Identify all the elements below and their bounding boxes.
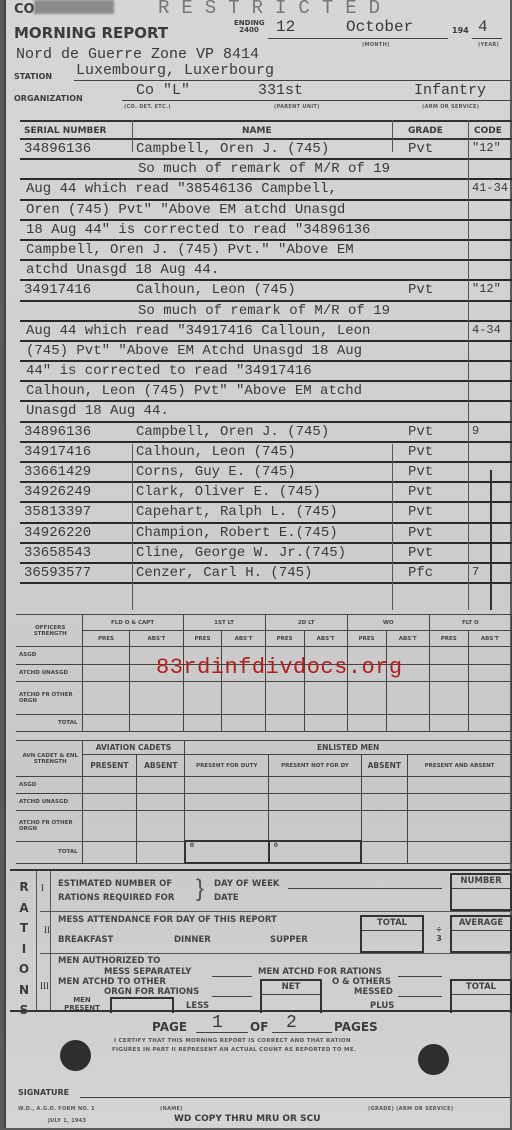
pages-label: PAGES	[334, 1020, 378, 1034]
officer-subcol-header: ABS'T	[386, 631, 429, 647]
rations-letter: N	[17, 980, 31, 1001]
rations-total-box[interactable]: TOTAL	[450, 979, 512, 1013]
plus-label: PLUS	[370, 1001, 394, 1011]
enlisted-col-header: ABSENT	[361, 755, 407, 777]
name-remark: 18 Aug 44" is corrected to read "3489613…	[26, 222, 370, 238]
officer-cell[interactable]	[386, 714, 429, 732]
officer-subcol-header: PRES	[429, 631, 468, 647]
roster-header: SERIAL NUMBER NAME GRADE CODE	[20, 120, 512, 140]
name-remark: Clark, Oliver E. (745)	[136, 484, 321, 500]
name-remark: (745) Pvt" "Above EM Atchd Unasgd 18 Aug	[26, 343, 362, 359]
rations-letter: A	[17, 898, 31, 919]
estimated-rations-label-2: RATIONS REQUIRED FOR	[58, 893, 174, 903]
grade: Pvt	[408, 504, 433, 520]
section-divider	[40, 953, 510, 954]
officer-group-header: FLT O	[429, 615, 511, 631]
enlisted-col-header: PRESENT	[82, 755, 137, 777]
officer-subcol-header: PRES	[347, 631, 386, 647]
grade: Pvt	[408, 525, 433, 541]
year-caption: (YEAR)	[478, 42, 499, 48]
roster-line: 34896136Campbell, Oren J. (745)Pvt9	[20, 423, 512, 443]
rations-letter: I	[17, 939, 31, 960]
serial-number: 35813397	[24, 504, 91, 520]
grade: Pfc	[408, 565, 433, 581]
name-remark: So much of remark of M/R of 19	[138, 303, 390, 319]
name-remark: Campbell, Oren J. (745)	[136, 141, 329, 157]
page-underline	[196, 1032, 248, 1033]
section-iii-numeral: III	[40, 981, 49, 991]
enlisted-cell[interactable]	[185, 793, 269, 810]
net-box[interactable]: NET	[260, 979, 322, 1013]
enlisted-cell[interactable]	[185, 810, 269, 841]
grade: Pvt	[408, 545, 433, 561]
roster-line: 34926220Champion, Robert E.(745)Pvt	[20, 524, 512, 544]
pages-underline	[272, 1032, 332, 1033]
serial-number: 34896136	[24, 424, 91, 440]
officer-row-label: TOTAL	[16, 714, 82, 732]
officer-cell[interactable]	[468, 647, 511, 665]
grade: Pvt	[408, 424, 433, 440]
officer-cell[interactable]	[429, 647, 468, 665]
name-remark: Corns, Guy E. (745)	[136, 464, 296, 480]
code: "12"	[472, 141, 501, 155]
rations-section: RATIONS I ESTIMATED NUMBER OF RATIONS RE…	[10, 869, 512, 1012]
section-i-numeral: I	[41, 883, 44, 893]
officer-cell[interactable]	[82, 682, 130, 715]
enlisted-row-label: ASGD	[16, 777, 82, 794]
watermark: 83rdinfdivdocs.org	[156, 655, 403, 680]
org-company: Co "L"	[136, 82, 190, 99]
name-remark: Campbell, Oren J. (745)	[136, 424, 329, 440]
enlisted-row-label: ATCHD UNASGD	[16, 793, 82, 810]
enlisted-strength-title: AVN CADET & ENL STRENGTH	[16, 741, 82, 777]
average-box[interactable]: AVERAGE	[450, 915, 512, 953]
roster-line: 34926249Clark, Oliver E. (745)Pvt	[20, 483, 512, 503]
org-caption-arm: (ARM OR SERVICE)	[422, 104, 479, 110]
serial-number: 33661429	[24, 464, 91, 480]
officer-cell[interactable]	[222, 682, 265, 715]
col-divider	[132, 120, 133, 152]
enlisted-cell[interactable]	[269, 793, 361, 810]
code-bracket-mark	[490, 470, 492, 610]
name-remark: Cline, George W. Jr.(745)	[136, 545, 346, 561]
code: 9	[472, 424, 479, 438]
name-remark: Aug 44 which read "34917416 Calloun, Leo…	[26, 323, 370, 339]
officer-subcol-header: PRES	[265, 631, 304, 647]
certify-line-1: I CERTIFY THAT THIS MORNING REPORT IS CO…	[114, 1038, 351, 1044]
messed-field[interactable]	[398, 996, 442, 997]
name-remark: Calhoun, Leon (745)	[136, 282, 296, 298]
officer-row-label: ASGD	[16, 647, 82, 665]
report-year: 4	[478, 18, 488, 36]
name-remark: Calhoun, Leon (745)	[136, 444, 296, 460]
col-serial-number: SERIAL NUMBER	[24, 126, 106, 136]
year-prefix: 194	[452, 26, 469, 35]
officer-cell[interactable]	[183, 682, 222, 715]
officer-cell[interactable]	[130, 714, 183, 732]
men-authorized-label-1: MEN AUTHORIZED TO	[58, 956, 160, 966]
officer-group-header: 1ST LT	[183, 615, 265, 631]
officer-cell[interactable]	[347, 682, 386, 715]
men-atchd-other-label-1: MEN ATCHD TO OTHER	[58, 977, 166, 987]
org-caption-parent: (PARENT UNIT)	[274, 104, 320, 110]
enlisted-total-cell[interactable]: 0	[269, 841, 361, 863]
roster-line: Aug 44 which read "34917416 Calloun, Leo…	[20, 322, 512, 342]
rations-letter: R	[17, 877, 31, 898]
men-authorized-label-2: MESS SEPARATELY	[104, 967, 191, 977]
station-value: Luxembourg, Luxerbourg	[76, 62, 274, 79]
atchd-for-rations-field[interactable]	[398, 976, 442, 977]
officer-cell[interactable]	[468, 682, 511, 715]
enlisted-total-cell[interactable]	[361, 841, 407, 863]
enlisted-total-cell[interactable]	[408, 841, 512, 863]
enlisted-cell[interactable]	[408, 810, 512, 841]
enlisted-cell[interactable]	[269, 777, 361, 794]
serial-number: 33658543	[24, 545, 91, 561]
date-label: DATE	[214, 893, 239, 903]
roster-line: 33661429Corns, Guy E. (745)Pvt	[20, 463, 512, 483]
officer-group-header: 2D LT	[265, 615, 347, 631]
grade: Pvt	[408, 444, 433, 460]
page-label: PAGE	[152, 1020, 187, 1034]
code: "12"	[472, 282, 501, 296]
signature-line[interactable]	[80, 1097, 510, 1098]
col-grade: GRADE	[408, 126, 443, 136]
enlisted-col-header: PRESENT FOR DUTY	[185, 755, 269, 777]
officer-cell[interactable]	[82, 714, 130, 732]
roster-line: Unasgd 18 Aug 44.	[20, 402, 512, 422]
enlisted-cell[interactable]	[408, 793, 512, 810]
officer-cell[interactable]	[429, 664, 468, 682]
name-remark: Cenzer, Carl H. (745)	[136, 565, 312, 581]
officer-cell[interactable]	[222, 714, 265, 732]
mess-separately-field[interactable]	[212, 976, 252, 977]
col-divider	[392, 444, 393, 610]
name-remark: Unasgd 18 Aug 44.	[26, 403, 169, 419]
organization-label: ORGANIZATION	[14, 94, 83, 103]
name-remark: So much of remark of M/R of 19	[138, 161, 390, 177]
enlisted-cell[interactable]	[82, 793, 137, 810]
rations-side-label: RATIONS	[17, 877, 31, 1021]
officer-subcol-header: ABS'T	[468, 631, 511, 647]
enlisted-cell[interactable]	[269, 810, 361, 841]
code: 41-34	[472, 181, 508, 195]
name-remark: Aug 44 which read "38546136 Campbell,	[26, 181, 337, 197]
rations-letter: S	[17, 1000, 31, 1021]
dinner-label: DINNER	[174, 935, 211, 945]
name-remark: 44" is corrected to read "34917416	[26, 363, 312, 379]
men-atchd-other-label-2: ORGN FOR RATIONS	[104, 987, 199, 997]
enlisted-cell[interactable]	[82, 777, 137, 794]
aviation-cadets-header: AVIATION CADETS	[82, 741, 185, 755]
enlisted-cell[interactable]	[361, 777, 407, 794]
serial-number: 34917416	[24, 282, 91, 298]
total-pages: 2	[286, 1013, 297, 1033]
serial-number: 36593577	[24, 565, 91, 581]
breakfast-label: BREAKFAST	[58, 935, 113, 945]
enlisted-col-header: ABSENT	[137, 755, 185, 777]
day-of-week-field[interactable]	[288, 888, 442, 889]
roster-line: 34917416Calhoun, Leon (745)Pvt"12"	[20, 281, 512, 301]
mess-total-box[interactable]: TOTAL	[360, 915, 424, 953]
org-parent-unit: 331st	[258, 82, 303, 99]
officer-cell[interactable]	[468, 664, 511, 682]
roster-line: 35813397Capehart, Ralph L. (745)Pvt	[20, 503, 512, 523]
officer-cell[interactable]	[130, 682, 183, 715]
certify-line-2: FIGURES IN PART II REPRESENT AN ACTUAL C…	[112, 1047, 356, 1053]
officer-cell[interactable]	[429, 682, 468, 715]
officer-row-label: ATCHD FR OTHER ORGN	[16, 682, 82, 715]
officers-strength-title: OFFICERS STRENGTH	[16, 615, 82, 647]
enlisted-row-label: ATCHD FR OTHER ORGN	[16, 810, 82, 841]
o-others-label-1: O & OTHERS	[332, 977, 391, 987]
enlisted-men-header: ENLISTED MEN	[185, 741, 512, 755]
officer-cell[interactable]	[347, 714, 386, 732]
name-remark: Oren (745) Pvt" "Above EM atchd Unasgd	[26, 202, 345, 218]
roster-line: So much of remark of M/R of 19	[20, 160, 512, 180]
location: Nord de Guerre Zone VP 8414	[16, 46, 259, 63]
org-underline	[122, 100, 512, 101]
enlisted-col-header: PRESENT AND ABSENT	[408, 755, 512, 777]
company-label: CO	[14, 2, 35, 17]
report-day: 12	[276, 18, 295, 36]
signature-label: SIGNATURE	[18, 1088, 69, 1097]
roster-line: 18 Aug 44" is corrected to read "3489613…	[20, 221, 512, 241]
roster-line: 36593577Cenzer, Carl H. (745)Pfc7	[20, 564, 512, 584]
morning-report-form: CO RESTRICTED MORNING REPORT ENDING 2400…	[4, 0, 510, 1128]
name-remark: Calhoun, Leon (745) Pvt" "Above EM atchd	[26, 383, 362, 399]
form-date: JULY 1, 1943	[48, 1118, 86, 1124]
estimated-rations-label-1: ESTIMATED NUMBER OF	[58, 879, 172, 889]
name-remark: atchd Unasgd 18 Aug 44.	[26, 262, 219, 278]
enlisted-cell[interactable]	[408, 777, 512, 794]
officer-cell[interactable]	[304, 682, 347, 715]
officer-subcol-header: PRES	[183, 631, 222, 647]
punch-hole-left	[60, 1040, 91, 1071]
year-underline	[472, 38, 502, 39]
grade: Pvt	[408, 282, 433, 298]
officer-subcol-header: PRES	[82, 631, 130, 647]
officer-subcol-header: ABS'T	[130, 631, 183, 647]
number-box[interactable]: NUMBER	[450, 873, 512, 911]
enlisted-cell[interactable]	[137, 810, 185, 841]
roster-line: 34896136Campbell, Oren J. (745)Pvt"12"	[20, 140, 512, 160]
serial-number: 34926220	[24, 525, 91, 541]
org-arm-service: Infantry	[414, 82, 486, 99]
enlisted-cell[interactable]	[361, 810, 407, 841]
roster-table: SERIAL NUMBER NAME GRADE CODE 34896136Ca…	[20, 120, 512, 584]
date-underline	[268, 38, 448, 39]
code: 7	[472, 565, 479, 579]
officer-cell[interactable]	[468, 714, 511, 732]
form-title: MORNING REPORT	[14, 24, 168, 42]
officer-subcol-header: ABS'T	[304, 631, 347, 647]
enlisted-cell[interactable]	[137, 793, 185, 810]
roster-body: 34896136Campbell, Oren J. (745)Pvt"12"So…	[20, 140, 512, 584]
enlisted-total-cell[interactable]: 0	[185, 841, 269, 863]
name-remark: Champion, Robert E.(745)	[136, 525, 338, 541]
roster-line: atchd Unasgd 18 Aug 44.	[20, 261, 512, 281]
enlisted-row-label: TOTAL	[16, 841, 82, 863]
men-atchd-for-rations-label: MEN ATCHD FOR RATIONS	[258, 967, 382, 977]
officer-cell[interactable]	[386, 682, 429, 715]
rations-letter: O	[17, 959, 31, 980]
grade-caption: (GRADE) (ARM OR SERVICE)	[368, 1106, 453, 1112]
enlisted-strength-table: AVN CADET & ENL STRENGTHAVIATION CADETSE…	[16, 740, 512, 864]
name-remark: Capehart, Ralph L. (745)	[136, 504, 338, 520]
roster-line: (745) Pvt" "Above EM Atchd Unasgd 18 Aug	[20, 342, 512, 362]
men-present-box[interactable]	[110, 997, 174, 1013]
of-label: OF	[250, 1020, 268, 1034]
officer-cell[interactable]	[304, 714, 347, 732]
roster-line: 33658543Cline, George W. Jr.(745)Pvt	[20, 544, 512, 564]
officer-row-label: ATCHD UNASGD	[16, 664, 82, 682]
grade: Pvt	[408, 484, 433, 500]
roster-line: 44" is corrected to read "34917416	[20, 362, 512, 382]
station-label: STATION	[14, 72, 52, 81]
month-caption: (MONTH)	[362, 42, 390, 48]
enlisted-total-cell[interactable]	[82, 841, 137, 863]
code: 4-34	[472, 323, 501, 337]
col-divider	[468, 120, 469, 610]
punch-hole-right	[418, 1044, 449, 1075]
brace: }	[196, 875, 204, 903]
name-caption: (NAME)	[160, 1106, 183, 1112]
col-name: NAME	[242, 126, 272, 136]
officer-subcol-header: ABS'T	[222, 631, 265, 647]
officer-cell[interactable]	[265, 714, 304, 732]
page-number: 1	[212, 1013, 223, 1033]
officer-group-header: WO	[347, 615, 429, 631]
section-ii-numeral: II	[44, 925, 50, 935]
divide-by-three: ÷ 3	[434, 925, 444, 943]
serial-number: 34926249	[24, 484, 91, 500]
redaction-blot	[34, 0, 114, 14]
enlisted-cell[interactable]	[82, 810, 137, 841]
roster-line: Aug 44 which read "38546136 Campbell,41-…	[20, 180, 512, 200]
day-of-week-label: DAY OF WEEK	[214, 879, 280, 889]
ending-label: ENDING 2400	[234, 20, 264, 34]
section-divider	[40, 911, 510, 912]
org-caption-co: (CO. DET. ETC.)	[124, 104, 171, 110]
roster-line: So much of remark of M/R of 19	[20, 302, 512, 322]
name-remark: Campbell, Oren J. (745) Pvt." "Above EM	[26, 242, 354, 258]
officer-cell[interactable]	[82, 664, 130, 682]
classification-stamp: RESTRICTED	[158, 0, 392, 19]
station-underline	[74, 80, 512, 81]
form-number: W.D., A.G.O. FORM NO. 1	[18, 1106, 95, 1112]
rations-letter: T	[17, 918, 31, 939]
mess-attendance-title: MESS ATTENDANCE FOR DAY OF THIS REPORT	[58, 915, 277, 925]
enlisted-cell[interactable]	[361, 793, 407, 810]
enlisted-col-header: PRESENT NOT FOR DY	[269, 755, 361, 777]
grade: Pvt	[408, 464, 433, 480]
serial-number: 34917416	[24, 444, 91, 460]
divider	[36, 871, 37, 1010]
enlisted-cell[interactable]	[137, 777, 185, 794]
serial-number: 34896136	[24, 141, 91, 157]
divider	[50, 871, 51, 1010]
o-others-label-2: MESSED	[354, 987, 393, 997]
orgn-for-rations-field[interactable]	[212, 996, 252, 997]
report-month: October	[346, 18, 413, 36]
officer-cell[interactable]	[265, 682, 304, 715]
officer-group-header: FLD O & CAPT	[82, 615, 183, 631]
copy-instruction: WD COPY THRU MRU OR SCU	[174, 1114, 321, 1124]
roster-line: 34917416Calhoun, Leon (745)Pvt	[20, 443, 512, 463]
enlisted-cell[interactable]	[185, 777, 269, 794]
supper-label: SUPPER	[270, 935, 308, 945]
grade: Pvt	[408, 141, 433, 157]
less-label: LESS	[186, 1001, 209, 1011]
enlisted-total-cell[interactable]	[137, 841, 185, 863]
roster-line: Calhoun, Leon (745) Pvt" "Above EM atchd	[20, 382, 512, 402]
officer-cell[interactable]	[429, 714, 468, 732]
roster-line: Oren (745) Pvt" "Above EM atchd Unasgd	[20, 201, 512, 221]
officer-cell[interactable]	[183, 714, 222, 732]
col-divider	[132, 444, 133, 610]
roster-line: Campbell, Oren J. (745) Pvt." "Above EM	[20, 241, 512, 261]
officer-cell[interactable]	[82, 647, 130, 665]
col-code: CODE	[474, 126, 502, 136]
col-divider	[392, 120, 393, 152]
men-present-label: MEN PRESENT	[64, 996, 100, 1012]
